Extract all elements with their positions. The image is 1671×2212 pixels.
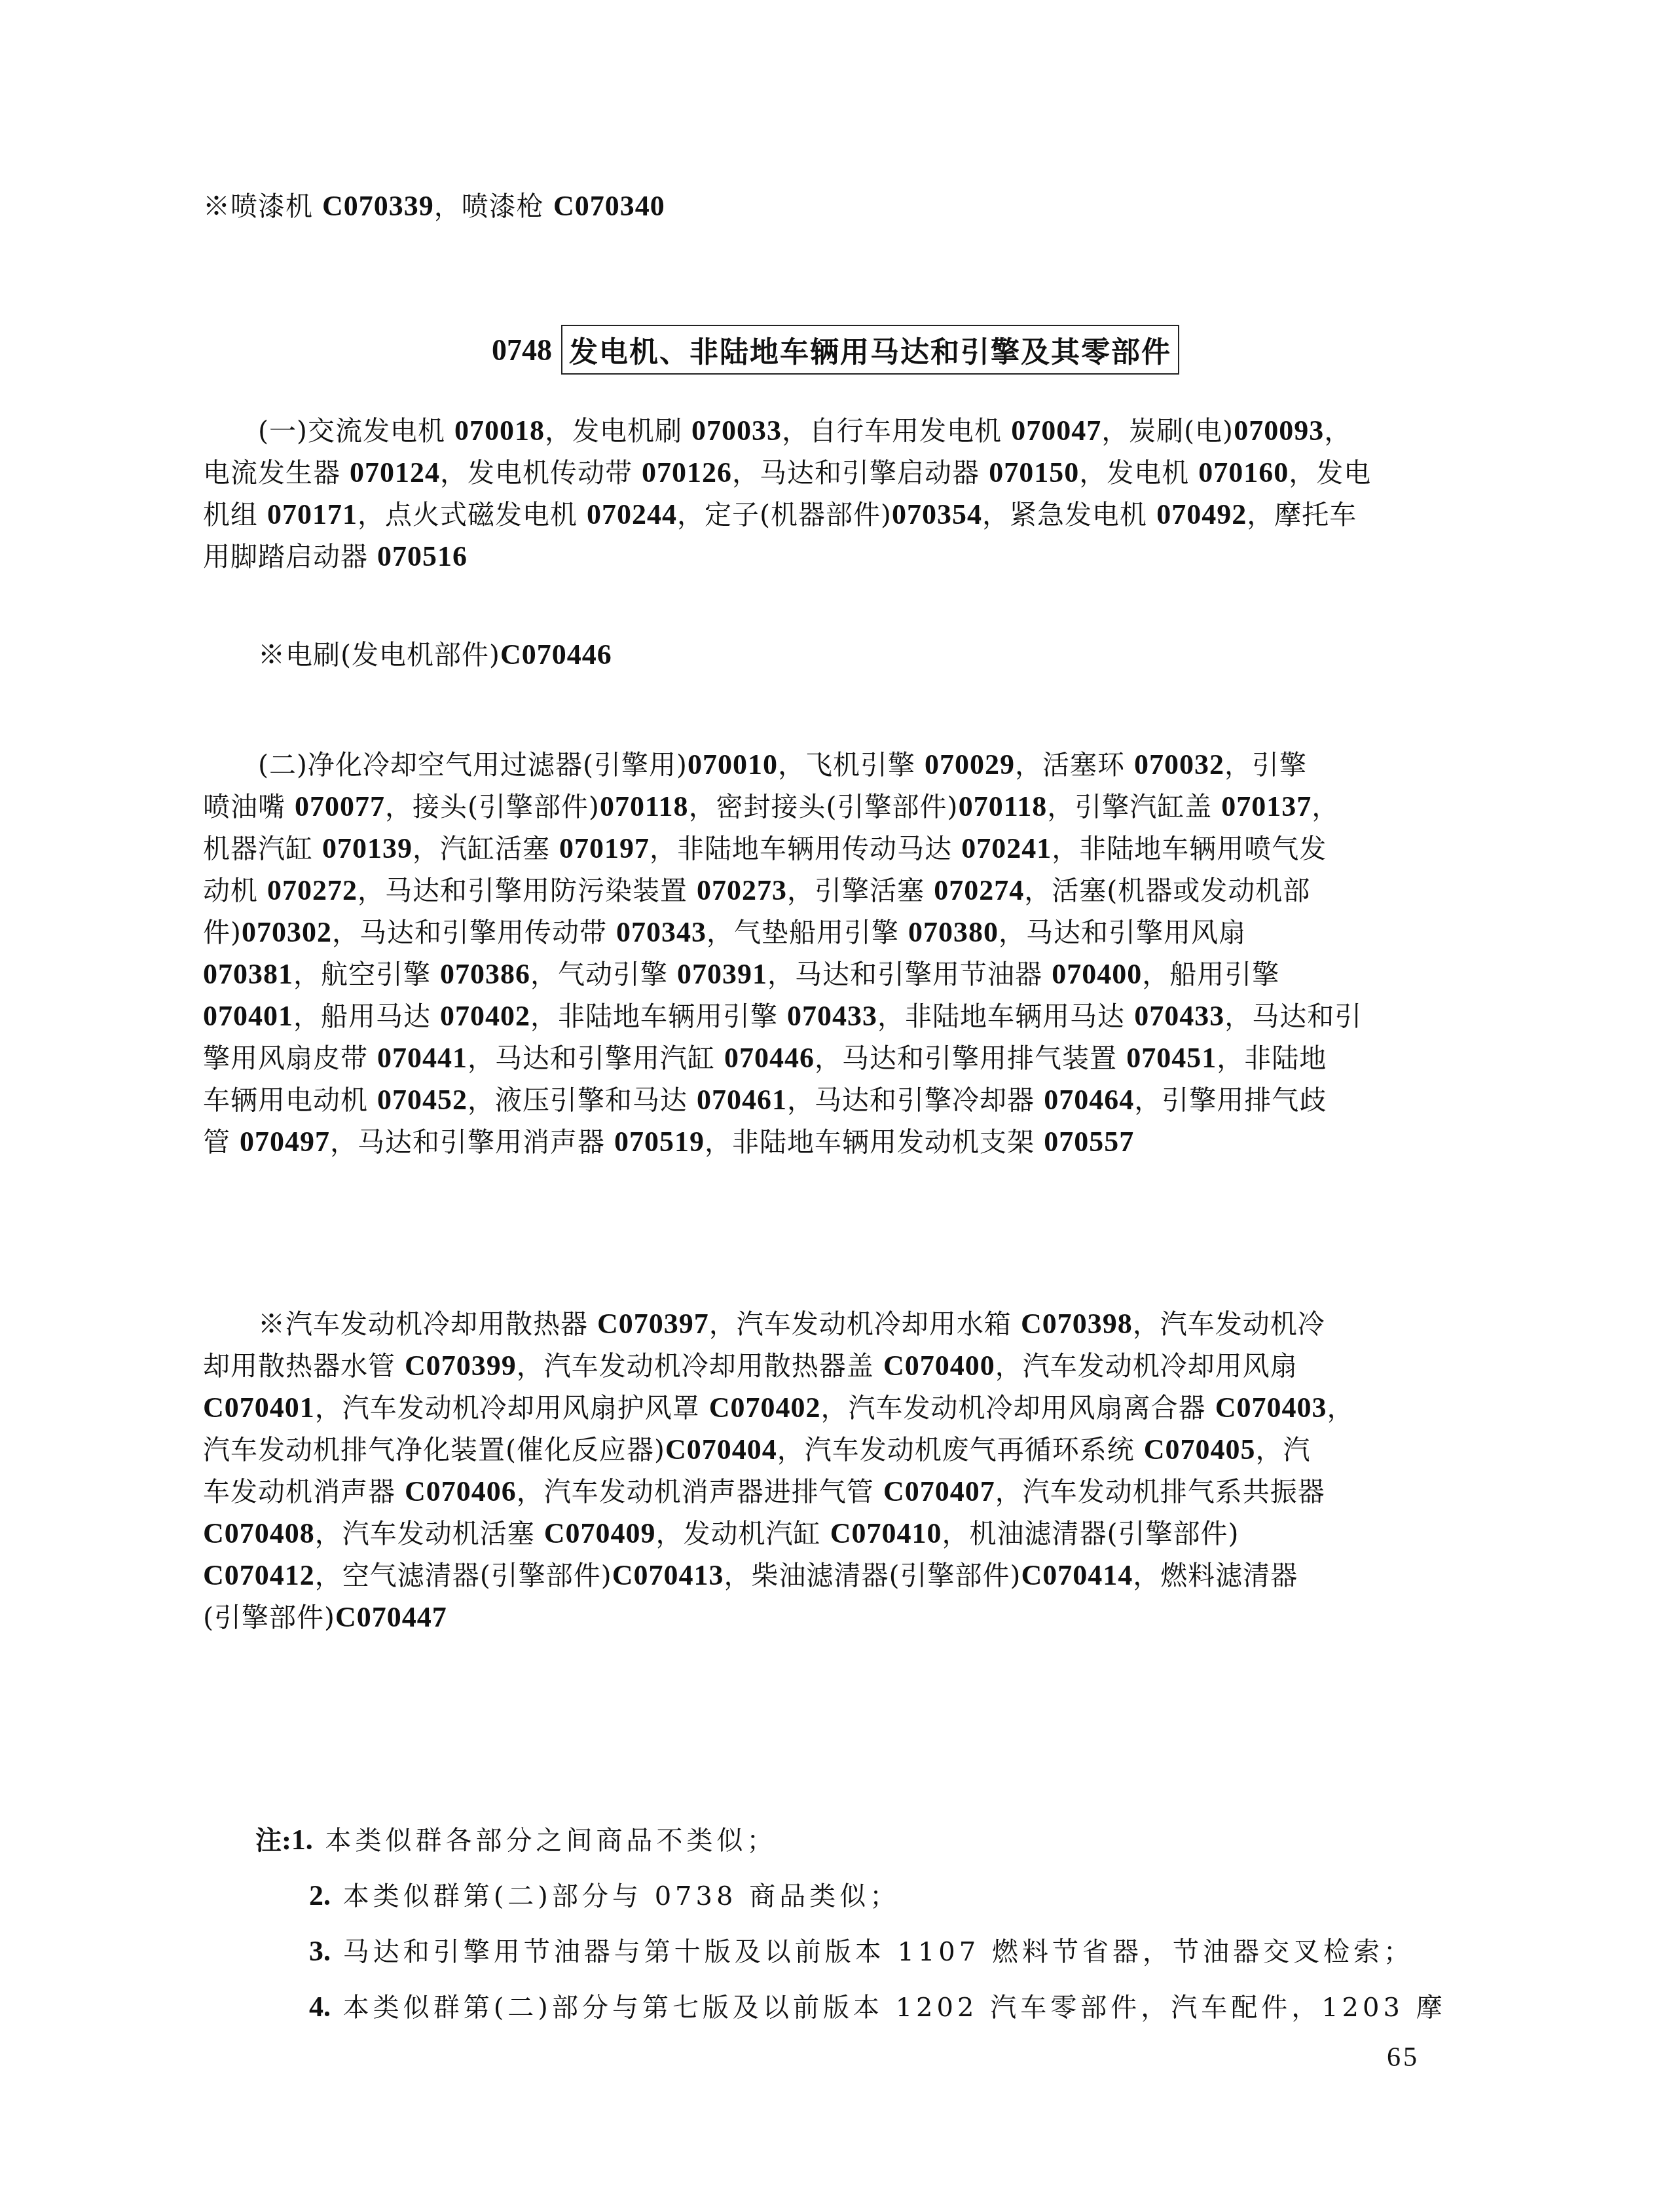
- item-code: 070118: [959, 790, 1048, 822]
- item-code: 070302: [242, 916, 332, 948]
- text-line: (二)净化冷却空气用过滤器(引擎用)070010，飞机引擎 070029，活塞环…: [203, 744, 1467, 786]
- item-code: 070401: [203, 1000, 293, 1032]
- item-code: C070412: [203, 1559, 315, 1591]
- item-code: 070492: [1156, 498, 1247, 530]
- item-code: 070018: [454, 415, 545, 447]
- text-line: (引擎部件)C070447: [203, 1596, 1467, 1638]
- text-line: 件)070302，马达和引擎用传动带 070343，气垫船用引擎 070380，…: [203, 912, 1467, 953]
- item-code: C070404: [665, 1433, 777, 1465]
- item-code: 070077: [295, 790, 385, 822]
- item-code: 070497: [240, 1126, 330, 1158]
- text-line: ※汽车发动机冷却用散热器 C070397，汽车发动机冷却用水箱 C070398，…: [203, 1303, 1467, 1345]
- notes-section: 注:1. 本类似群各部分之间商品不类似； 2. 本类似群第(二)部分与 0738…: [255, 1813, 1467, 2035]
- item-code: 070033: [691, 415, 782, 447]
- text-line: 管 070497，马达和引擎用消声器 070519，非陆地车辆用发动机支架 07…: [203, 1121, 1467, 1163]
- item-code: 070452: [377, 1084, 468, 1116]
- text-line: 070401，船用马达 070402，非陆地车辆用引擎 070433，非陆地车辆…: [203, 995, 1467, 1037]
- item-code: 070451: [1126, 1042, 1217, 1074]
- text-line: 机组 070171，点火式磁发电机 070244，定子(机器部件)070354，…: [203, 494, 1467, 536]
- text-line: 却用散热器水管 C070399，汽车发动机冷却用散热器盖 C070400，汽车发…: [203, 1345, 1467, 1387]
- item-code: 070433: [787, 1000, 877, 1032]
- note-item: 3. 马达和引擎用节油器与第十版及以前版本 1107 燃料节省器，节油器交叉检索…: [255, 1924, 1467, 1980]
- text-line: 车辆用电动机 070452，液压引擎和马达 070461，马达和引擎冷却器 07…: [203, 1079, 1467, 1121]
- part-1-items: (一)交流发电机 070018，发电机刷 070033，自行车用发电机 0700…: [203, 410, 1467, 578]
- item-code: 070386: [440, 958, 530, 990]
- item-code: 070047: [1011, 415, 1101, 447]
- item-code: 070139: [322, 832, 413, 864]
- item-code: 070354: [892, 498, 982, 530]
- note-text: 本类似群各部分之间商品不类似；: [325, 1826, 777, 1856]
- part-1-note: ※电刷(发电机部件)C070446: [203, 634, 1467, 676]
- item-code: 070274: [934, 874, 1024, 906]
- item-code: C070413: [612, 1559, 724, 1591]
- text-line: 用脚踏启动器 070516: [203, 536, 1467, 578]
- item-code: 070272: [267, 874, 358, 906]
- item-code: 070124: [350, 456, 440, 488]
- group-header: 0748 发电机、非陆地车辆用马达和引擎及其零部件: [0, 325, 1671, 375]
- item-code: C070446: [500, 638, 612, 671]
- note-item: 2. 本类似群第(二)部分与 0738 商品类似；: [255, 1868, 1467, 1924]
- item-code: C070414: [1021, 1559, 1133, 1591]
- note-number: 1.: [291, 1824, 313, 1856]
- note-text: 马达和引擎用节油器与第十版及以前版本 1107 燃料节省器，节油器交叉检索；: [343, 1937, 1414, 1967]
- text-line: 车发动机消声器 C070406，汽车发动机消声器进排气管 C070407，汽车发…: [203, 1471, 1467, 1513]
- text-line: 070381，航空引擎 070386，气动引擎 070391，马达和引擎用节油器…: [203, 953, 1467, 995]
- item-code: C070447: [335, 1601, 447, 1633]
- text-line: C070412，空气滤清器(引擎部件)C070413，柴油滤清器(引擎部件)C0…: [203, 1555, 1467, 1596]
- item-code: 070150: [989, 456, 1079, 488]
- item-code: C070407: [883, 1475, 995, 1507]
- item-code: 070197: [559, 832, 650, 864]
- part-2-note: ※汽车发动机冷却用散热器 C070397，汽车发动机冷却用水箱 C070398，…: [203, 1303, 1467, 1638]
- item-code: C070402: [709, 1392, 821, 1424]
- item-code: 070381: [203, 958, 293, 990]
- item-code: 070380: [908, 916, 999, 948]
- item-code: 070273: [697, 874, 787, 906]
- note-number: 3.: [309, 1935, 331, 1967]
- item-code: C070397: [597, 1308, 709, 1340]
- item-code: 070557: [1044, 1126, 1134, 1158]
- text-line: 汽车发动机排气净化装置(催化反应器)C070404，汽车发动机废气再循环系统 C…: [203, 1429, 1467, 1471]
- item-code: 070093: [1234, 415, 1324, 447]
- item-code: C070401: [203, 1392, 315, 1424]
- item-code: 070461: [697, 1084, 787, 1116]
- item-code: C070410: [830, 1517, 942, 1549]
- item-code: 070160: [1198, 456, 1289, 488]
- text-line: 擎用风扇皮带 070441，马达和引擎用汽缸 070446，马达和引擎用排气装置…: [203, 1037, 1467, 1079]
- note-item: 注:1. 本类似群各部分之间商品不类似；: [255, 1813, 1467, 1868]
- item-code: 070519: [614, 1126, 705, 1158]
- part-2-items: (二)净化冷却空气用过滤器(引擎用)070010，飞机引擎 070029，活塞环…: [203, 744, 1467, 1163]
- item-code: 070391: [677, 958, 767, 990]
- item-code: 070118: [600, 790, 689, 822]
- notes-label: 注:: [255, 1825, 291, 1856]
- text-line: 动机 070272，马达和引擎用防污染装置 070273，引擎活塞 070274…: [203, 870, 1467, 912]
- item-code: 070433: [1134, 1000, 1224, 1032]
- item-code: 070126: [642, 456, 732, 488]
- item-code: 070402: [440, 1000, 530, 1032]
- item-code: 070032: [1134, 748, 1224, 781]
- text-line: 电流发生器 070124，发电机传动带 070126，马达和引擎启动器 0701…: [203, 452, 1467, 494]
- note-item: 4. 本类似群第(二)部分与第七版及以前版本 1202 汽车零部件，汽车配件，1…: [255, 1980, 1467, 2035]
- item-code: 070029: [925, 748, 1015, 781]
- page-number: 65: [1387, 2042, 1420, 2073]
- note-text: 本类似群第(二)部分与 0738 商品类似；: [343, 1881, 900, 1911]
- item-code: C070406: [405, 1475, 517, 1507]
- item-code: 070446: [724, 1042, 815, 1074]
- text-line: C070408，汽车发动机活塞 C070409，发动机汽缸 C070410，机油…: [203, 1513, 1467, 1555]
- item-code: 070516: [377, 540, 468, 572]
- text-line: 喷油嘴 070077，接头(引擎部件)070118，密封接头(引擎部件)0701…: [203, 786, 1467, 828]
- note-number: 4.: [309, 1991, 331, 2023]
- item-code: C070339: [322, 190, 434, 222]
- item-code: 070343: [616, 916, 707, 948]
- group-code: 0748: [492, 333, 552, 367]
- item-code: C070405: [1144, 1433, 1256, 1465]
- item-code: 070400: [1052, 958, 1142, 990]
- top-note: ※喷漆机 C070339，喷漆枪 C070340: [203, 185, 665, 227]
- item-code: 070244: [587, 498, 677, 530]
- item-code: C070408: [203, 1517, 315, 1549]
- item-code: 070171: [267, 498, 358, 530]
- text-line: (一)交流发电机 070018，发电机刷 070033，自行车用发电机 0700…: [203, 410, 1467, 452]
- item-code: 070010: [688, 748, 778, 781]
- item-code: 070241: [961, 832, 1052, 864]
- item-code: C070409: [544, 1517, 656, 1549]
- item-code: C070340: [553, 190, 665, 222]
- item-code: C070398: [1021, 1308, 1133, 1340]
- note-text: 本类似群第(二)部分与第七版及以前版本 1202 汽车零部件，汽车配件，1203…: [343, 1993, 1446, 2023]
- item-code: 070464: [1044, 1084, 1134, 1116]
- item-code: C070400: [883, 1350, 995, 1382]
- item-code: 070441: [377, 1042, 468, 1074]
- item-code: C070399: [405, 1350, 517, 1382]
- item-code: 070137: [1221, 790, 1312, 822]
- item-code: C070403: [1215, 1392, 1327, 1424]
- text-line: C070401，汽车发动机冷却用风扇护风罩 C070402，汽车发动机冷却用风扇…: [203, 1387, 1467, 1429]
- group-title: 发电机、非陆地车辆用马达和引擎及其零部件: [561, 325, 1179, 375]
- text-line: 机器汽缸 070139，汽缸活塞 070197，非陆地车辆用传动马达 07024…: [203, 828, 1467, 870]
- note-number: 2.: [309, 1879, 331, 1911]
